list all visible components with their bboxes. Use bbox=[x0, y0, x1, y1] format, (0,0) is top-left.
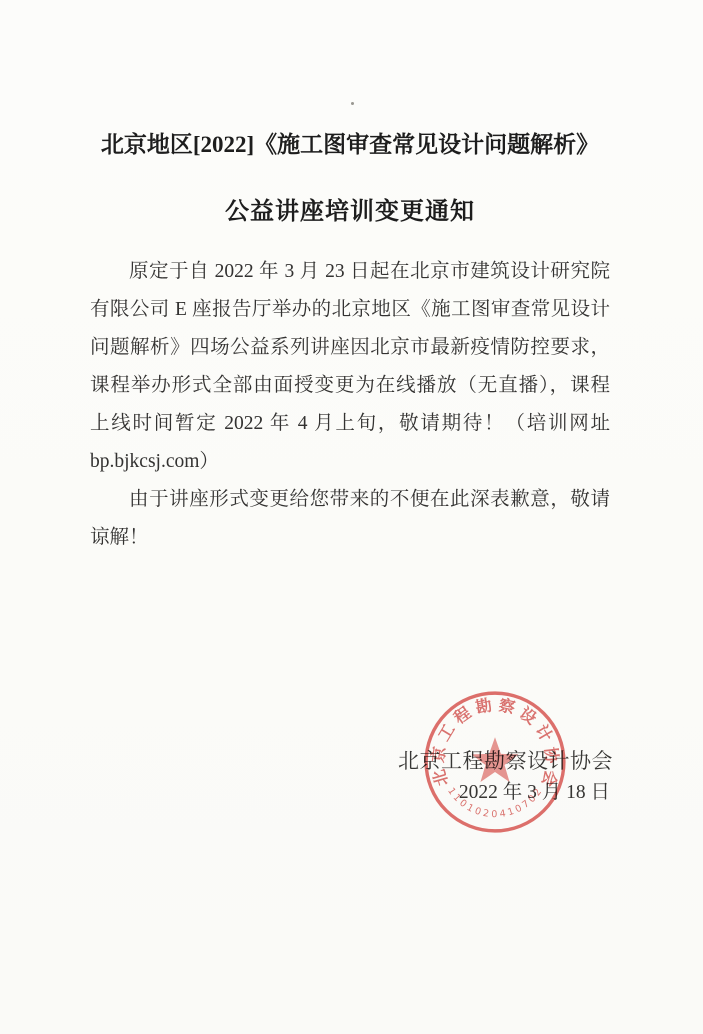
body-line-training-url: bp.bjkcsj.com） bbox=[90, 443, 610, 481]
scan-speck bbox=[351, 102, 354, 105]
signature-organization: 北京工程勘察设计协会 bbox=[398, 745, 613, 775]
body-line: 由于讲座形式变更给您带来的不便在此深表歉意，敬请 bbox=[90, 481, 610, 519]
body-line: 上线时间暂定 2022 年 4 月上旬，敬请期待！（培训网址 bbox=[90, 405, 610, 443]
body-line: 原定于自 2022 年 3 月 23 日起在北京市建筑设计研究院 bbox=[90, 253, 610, 291]
notice-title-line1: 北京地区[2022]《施工图审查常见设计问题解析》 bbox=[90, 126, 610, 159]
notice-title-line2: 公益讲座培训变更通知 bbox=[90, 191, 610, 226]
body-line: 课程举办形式全部由面授变更为在线播放（无直播），课程 bbox=[90, 367, 610, 405]
body-line: 问题解析》四场公益系列讲座因北京市最新疫情防控要求， bbox=[90, 329, 610, 367]
body-line: 谅解！ bbox=[90, 519, 610, 557]
body-line: 有限公司 E 座报告厅举办的北京地区《施工图审查常见设计 bbox=[90, 291, 610, 329]
notice-body: 原定于自 2022 年 3 月 23 日起在北京市建筑设计研究院 有限公司 E … bbox=[90, 253, 610, 557]
scanned-notice-page: 北京地区[2022]《施工图审查常见设计问题解析》 公益讲座培训变更通知 原定于… bbox=[0, 0, 703, 1034]
signature-date: 2022 年 3 月 18 日 bbox=[459, 776, 610, 804]
